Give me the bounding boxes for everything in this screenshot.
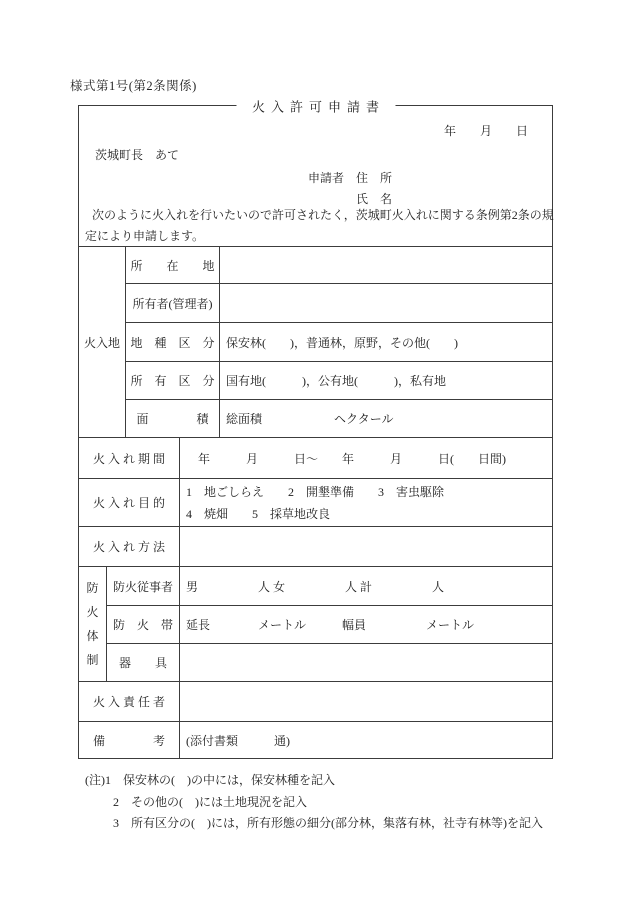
purpose-line-2: 4 焼畑 5 採草地改良	[186, 503, 330, 525]
responsible-label: 火 入 責 任 者	[79, 681, 179, 721]
purpose-line-1: 1 地ごしらえ 2 開墾準備 3 害虫駆除	[186, 481, 444, 503]
equipment-value	[179, 643, 552, 681]
area-label: 面 積	[125, 399, 219, 437]
form-number: 様式第1号(第2条関係)	[70, 76, 197, 94]
ownership-value: 国有地( )，公有地( )，私有地	[219, 361, 552, 399]
fire-site-group-cell: 火入地	[79, 246, 125, 437]
firebreak-value: 延長 メートル 幅員 メートル	[179, 605, 552, 643]
application-table: 火入地 所 在 地 所有者(管理者) 地 種 区 分 保安林( )，普通林，原野…	[79, 246, 552, 758]
location-label: 所 在 地	[125, 246, 219, 283]
footnote-1: (注)1 保安林の( )の中には，保安林種を記入	[85, 770, 543, 792]
purpose-label: 火 入 れ 目 的	[79, 478, 179, 526]
method-label: 火 入 れ 方 法	[79, 526, 179, 566]
period-label: 火 入 れ 期 間	[79, 437, 179, 478]
equipment-label: 器 具	[106, 643, 179, 681]
form-title: 火入許可申請書	[236, 97, 395, 116]
declaration-line-2: 定により申請します。	[85, 226, 548, 247]
workers-label: 防火従事者	[106, 566, 179, 605]
remarks-value: (添付書類 通)	[179, 721, 552, 758]
firebreak-label: 防 火 帯	[106, 605, 179, 643]
owner-label: 所有者(管理者)	[125, 283, 219, 322]
land-type-value: 保安林( )，普通林，原野，その他( )	[219, 322, 552, 361]
footnotes: (注)1 保安林の( )の中には，保安林種を記入 2 その他の( )には土地現況…	[85, 770, 543, 835]
footnote-2: 2 その他の( )には土地現況を記入	[113, 792, 543, 814]
date-line: 年 月 日	[444, 122, 528, 139]
owner-value	[219, 283, 552, 322]
purpose-value: 1 地ごしらえ 2 開墾準備 3 害虫駆除 4 焼畑 5 採草地改良	[179, 478, 552, 526]
workers-value: 男 人 女 人 計 人	[179, 566, 552, 605]
responsible-value	[179, 681, 552, 721]
ownership-label: 所 有 区 分	[125, 361, 219, 399]
area-value: 総面積 ヘクタール	[219, 399, 552, 437]
period-value: 年 月 日～ 年 月 日( 日間)	[179, 437, 552, 478]
remarks-label: 備 考	[79, 721, 179, 758]
fire-prevention-group-label: 防火体制	[86, 576, 99, 672]
addressee: 茨城町長 あて	[95, 146, 179, 163]
application-form-box: 火入許可申請書 年 月 日 茨城町長 あて 申請者 住 所 氏 名 次のように火…	[78, 105, 553, 759]
document-sheet: 様式第1号(第2条関係) 火入許可申請書 年 月 日 茨城町長 あて 申請者 住…	[0, 0, 630, 903]
location-value	[219, 246, 552, 283]
applicant-address-label: 申請者 住 所	[308, 169, 392, 186]
footnote-3: 3 所有区分の( )には，所有形態の細分(部分林，集落有林，社寺有林等)を記入	[113, 813, 543, 835]
declaration-paragraph: 次のように火入れを行いたいので許可されたく，茨城町火入れに関する条例第2条の規 …	[85, 205, 548, 247]
land-type-label: 地 種 区 分	[125, 322, 219, 361]
method-value	[179, 526, 552, 566]
fire-prevention-group-cell: 防火体制	[79, 566, 106, 681]
declaration-line-1: 次のように火入れを行いたいので許可されたく，茨城町火入れに関する条例第2条の規	[85, 205, 548, 226]
